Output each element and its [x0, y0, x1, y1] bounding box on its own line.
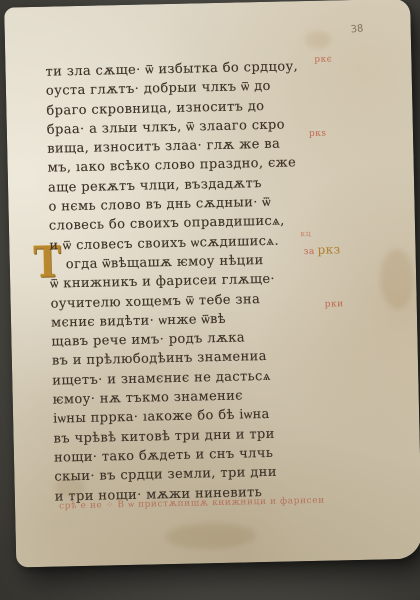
manuscript-photo: 38 Т ти зла сѫще· ѿ избытка бо срдцоу, о…: [0, 0, 420, 600]
parchment-stain: [305, 30, 331, 49]
margin-section-number: рки: [325, 299, 344, 309]
parchment-stain: [165, 522, 256, 550]
margin-section-number: ркѕ: [309, 129, 327, 139]
margin-zachalo-label: за: [303, 247, 314, 257]
margin-section-number: ркз: [317, 242, 341, 257]
folio-number: 38: [350, 23, 364, 35]
margin-section-number: ркє: [314, 54, 332, 64]
main-text-block: ти зла сѫще· ѿ избытка бо срдцоу, оуста …: [45, 56, 347, 506]
parchment-stain: [380, 249, 415, 310]
manuscript-page: 38 Т ти зла сѫще· ѿ избытка бо срдцоу, о…: [4, 0, 420, 567]
margin-end-mark: кц: [300, 229, 311, 238]
